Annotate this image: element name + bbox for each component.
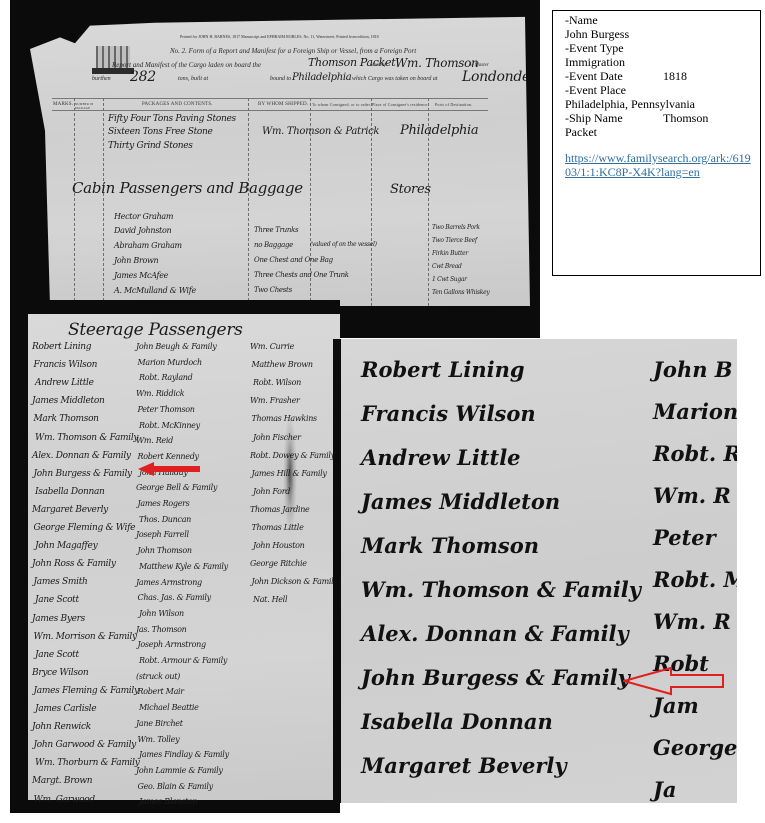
cabin-passenger: David Johnston bbox=[114, 226, 171, 235]
steerage-scan: Steerage Passengers Robert LiningFrancis… bbox=[10, 300, 340, 813]
magnified-passenger-name: John Burgess & Family bbox=[361, 665, 630, 690]
field-ship-name-value: Thomson bbox=[663, 111, 708, 125]
passenger-name: Robt. McKinney bbox=[139, 421, 200, 430]
field-ship-name-label: -Ship Name bbox=[565, 111, 663, 125]
cargo-label: which Cargo was taken on board at bbox=[352, 76, 438, 82]
field-event-date: -Event Date 1818 bbox=[565, 69, 760, 83]
magnified-passenger-name: Jam bbox=[653, 693, 699, 718]
passenger-name: Thomas Jardine bbox=[250, 505, 309, 514]
passenger-name: Robert Kennedy bbox=[138, 452, 199, 461]
field-ship-name-continuation: Packet bbox=[565, 125, 760, 139]
passenger-name: James Armstrong bbox=[136, 578, 202, 587]
magnified-passenger-name: Mark Thomson bbox=[361, 533, 539, 558]
field-event-place-value: Philadelphia, Pennsylvania bbox=[565, 97, 760, 111]
passenger-name: James Carlisle bbox=[35, 704, 96, 714]
steerage-heading: Steerage Passengers bbox=[68, 320, 243, 340]
passenger-name: Joseph Farrell bbox=[136, 530, 189, 539]
passenger-name: Nat. Hell bbox=[253, 595, 287, 604]
store-item: Firkin Butter bbox=[432, 250, 468, 257]
field-name-value: John Burgess bbox=[565, 27, 760, 41]
passenger-name: Wm. Tolley bbox=[138, 735, 180, 744]
passenger-name: John Ross & Family bbox=[32, 559, 116, 569]
passenger-name: Wm. Riddick bbox=[136, 389, 184, 398]
passenger-name: Margt. Brown bbox=[32, 776, 92, 786]
passenger-name: John Garwood & Family bbox=[34, 740, 136, 750]
passenger-name: James Rogers bbox=[138, 499, 190, 508]
passenger-name: Robt. Armour & Family bbox=[139, 656, 227, 665]
passenger-name: Jane Scott bbox=[35, 650, 79, 660]
passenger-name: (struck out) bbox=[136, 672, 180, 681]
passenger-name: Michael Beattie bbox=[139, 703, 199, 712]
highlight-arrow-icon bbox=[623, 666, 725, 696]
cabin-passenger: Hector Graham bbox=[114, 212, 173, 221]
cabin-passenger: John Brown bbox=[114, 256, 158, 265]
passenger-name: Jane Birchet bbox=[136, 719, 183, 728]
passenger-name: James Byers bbox=[32, 614, 85, 624]
passenger-name: James Blanston bbox=[139, 797, 197, 806]
is-master-label: is Master bbox=[470, 63, 489, 68]
form-title: No. 2. Form of a Report and Manifest for… bbox=[170, 47, 416, 55]
col-marks: Marks. bbox=[53, 102, 73, 107]
destination: Philadelphia bbox=[400, 123, 478, 138]
passenger-name: Matthew Brown bbox=[252, 360, 313, 369]
passenger-name: Isabella Donnan bbox=[35, 487, 105, 497]
baggage-note: (valued of on the vessel) bbox=[310, 241, 377, 248]
whereof-label: whereof bbox=[370, 63, 386, 68]
field-event-place-label: -Event Place bbox=[565, 83, 760, 97]
master-name-handwritten: Wm. Thomson bbox=[395, 56, 479, 70]
passenger-name: Thos. Duncan bbox=[139, 515, 191, 524]
passenger-name: Matthew Kyle & Family bbox=[139, 562, 228, 571]
passenger-name: Wm. Frasher bbox=[250, 396, 300, 405]
magnified-passenger-name: Marion bbox=[653, 399, 737, 424]
passenger-name: Margaret Beverly bbox=[32, 505, 108, 515]
cabin-baggage: Three Chests and One Trunk bbox=[254, 271, 349, 279]
store-item: Two Barrels Pork bbox=[432, 224, 480, 231]
printer-line: Printed for JOHN H. BARNES, 1817 Manuscr… bbox=[180, 34, 379, 39]
col-residence: Place of Consignee's residence. bbox=[372, 102, 428, 107]
field-event-type-label: -Event Type bbox=[565, 41, 760, 55]
passenger-name: James Smith bbox=[34, 577, 88, 587]
manifest-paper: Printed for JOHN H. BARNES, 1817 Manuscr… bbox=[30, 14, 530, 306]
col-packages: Packages and Contents. bbox=[142, 102, 213, 107]
cargo-line: Fifty Four Tons Paving Stones bbox=[108, 114, 236, 124]
passenger-name: Geo. Blain & Family bbox=[138, 782, 213, 791]
passenger-name: John Thomson bbox=[138, 546, 192, 555]
passenger-name: George Bell & Family bbox=[136, 483, 217, 492]
magnified-passenger-name: Robt. M bbox=[653, 567, 737, 592]
cabin-baggage: no Baggage bbox=[254, 241, 293, 249]
passenger-name: John Burgess & Family bbox=[34, 469, 132, 479]
field-event-type-value: Immigration bbox=[565, 55, 760, 69]
magnified-passenger-name: Alex. Donnan & Family bbox=[361, 621, 629, 646]
passenger-name: John Dickson & Family bbox=[252, 577, 338, 586]
passenger-name: John Lammie & Family bbox=[136, 766, 223, 775]
steerage-paper: Steerage Passengers Robert LiningFrancis… bbox=[28, 314, 340, 800]
ink-stain bbox=[283, 414, 297, 534]
cabin-passenger: A. McMulland & Wife bbox=[114, 286, 196, 295]
col-consignee: To whom Consigned, or to order. bbox=[312, 102, 371, 107]
tons-label: tons, built at bbox=[178, 76, 208, 82]
passenger-name: Chas. Jas. & Family bbox=[138, 593, 211, 602]
passenger-name: Mark Thomson bbox=[34, 414, 99, 424]
magnified-passenger-name: George B bbox=[653, 735, 737, 760]
record-info-box: -Name John Burgess -Event Type Immigrati… bbox=[552, 10, 761, 276]
passenger-name: Alex. Donnan & Family bbox=[32, 451, 131, 461]
magnified-passenger-name: Andrew Little bbox=[361, 445, 521, 470]
magnified-passenger-name: Robert Lining bbox=[361, 357, 525, 382]
passenger-name: John Renwick bbox=[32, 722, 91, 732]
passenger-name: Andrew Little bbox=[35, 378, 94, 388]
bound-value: Philadelphia bbox=[292, 72, 351, 83]
store-item: 1 Cwt Sugar bbox=[432, 276, 467, 283]
highlight-arrow-small-icon bbox=[138, 462, 200, 476]
report-line: Report and Manifest of the Cargo laden o… bbox=[112, 61, 261, 69]
store-item: Two Tierce Beef bbox=[432, 237, 477, 244]
magnified-passenger-name: Isabella Donnan bbox=[361, 709, 553, 734]
passenger-name: Wm. Garwood bbox=[34, 795, 95, 805]
col-number: Number in Package bbox=[75, 102, 97, 110]
store-item: Ten Gallons Whiskey bbox=[432, 289, 489, 296]
passenger-name: Peter Thomson bbox=[138, 405, 195, 414]
magnified-passenger-name: Wm. R bbox=[653, 609, 731, 634]
col-destination: Ports of Destination. bbox=[435, 102, 472, 107]
magnified-passenger-name: Robt. R bbox=[653, 441, 737, 466]
manifest-scan-top: Printed for JOHN H. BARNES, 1817 Manuscr… bbox=[10, 0, 540, 338]
passenger-name: Wm. Reid bbox=[136, 436, 173, 445]
field-ship-name: -Ship Name Thomson bbox=[565, 111, 760, 125]
passenger-name: Francis Wilson bbox=[34, 360, 98, 370]
cabin-passenger: James McAfee bbox=[114, 271, 168, 280]
cabin-baggage: Three Trunks bbox=[254, 226, 298, 234]
magnified-view: Robert LiningFrancis WilsonAndrew Little… bbox=[333, 339, 737, 803]
magnified-passenger-name: James Middleton bbox=[361, 489, 560, 514]
magnified-paper: Robert LiningFrancis WilsonAndrew Little… bbox=[341, 339, 737, 803]
store-item: Cwt Bread bbox=[432, 263, 462, 270]
passenger-name: George Fleming & Wife bbox=[34, 523, 136, 533]
passenger-name: Wm. Currie bbox=[250, 342, 294, 351]
burthen-value: 282 bbox=[130, 69, 156, 85]
passenger-name: Bryce Wilson bbox=[32, 668, 88, 678]
passenger-name: Wm. Thorburn & Family bbox=[35, 758, 140, 768]
cargo-line: Thirty Grind Stones bbox=[108, 141, 193, 151]
passenger-name: James Findlay & Family bbox=[139, 750, 229, 759]
passenger-name: Robt. Rayland bbox=[139, 373, 192, 382]
magnified-passenger-name: John B bbox=[653, 357, 733, 382]
passenger-name: Jas. Thomson bbox=[136, 625, 187, 634]
field-event-date-label: -Event Date bbox=[565, 69, 663, 83]
col-shipper: By whom shipped. bbox=[258, 102, 308, 107]
burthen-label: burthen bbox=[92, 76, 111, 82]
shipper: Wm. Thomson & Patrick bbox=[262, 126, 379, 137]
cabin-baggage: One Chest and One Bag bbox=[254, 256, 333, 264]
passenger-name: John Beugh & Family bbox=[136, 342, 216, 351]
cabin-passenger: Abraham Graham bbox=[114, 241, 182, 250]
passenger-name: John Magaffey bbox=[35, 541, 97, 551]
passenger-name: Jane Scott bbox=[35, 595, 79, 605]
stores-heading: Stores bbox=[390, 182, 431, 197]
passenger-name: John Wilson bbox=[139, 609, 184, 618]
passenger-name: George Ritchie bbox=[250, 559, 307, 568]
cabin-baggage: Two Chests bbox=[254, 286, 292, 294]
familysearch-link[interactable]: https://www.familysearch.org/ark:/61903/… bbox=[565, 151, 755, 179]
cargo-line: Sixteen Tons Free Stone bbox=[108, 127, 213, 137]
field-event-date-value: 1818 bbox=[663, 69, 687, 83]
magnified-passenger-name: Wm. Thomson & Family bbox=[361, 577, 641, 602]
passenger-name: Joseph Armstrong bbox=[138, 640, 206, 649]
passenger-name: Wm. Morrison & Family bbox=[34, 632, 137, 642]
magnified-passenger-name: Francis Wilson bbox=[361, 401, 536, 426]
passenger-name: Marion Murdoch bbox=[138, 358, 202, 367]
ship-engraving-icon bbox=[92, 46, 134, 74]
magnified-passenger-name: Margaret Beverly bbox=[361, 753, 567, 778]
magnified-passenger-name: Wm. R bbox=[653, 483, 731, 508]
passenger-name: Robert Lining bbox=[32, 342, 91, 352]
passenger-name: James Fleming & Family bbox=[34, 686, 139, 696]
field-name-label: -Name bbox=[565, 13, 760, 27]
cabin-heading: Cabin Passengers and Baggage bbox=[72, 179, 303, 197]
magnified-passenger-name: Ja bbox=[653, 777, 677, 802]
bound-label: bound to bbox=[270, 76, 291, 82]
magnified-passenger-name: Peter bbox=[653, 525, 716, 550]
passenger-name: James Middleton bbox=[32, 396, 104, 406]
passenger-name: John Houston bbox=[253, 541, 305, 550]
passenger-name: Robert Mair bbox=[138, 687, 184, 696]
passenger-name: Robt. Wilson bbox=[253, 378, 301, 387]
cargo-port: Londonderry bbox=[462, 69, 540, 85]
passenger-name: Wm. Thomson & Family bbox=[35, 433, 138, 443]
